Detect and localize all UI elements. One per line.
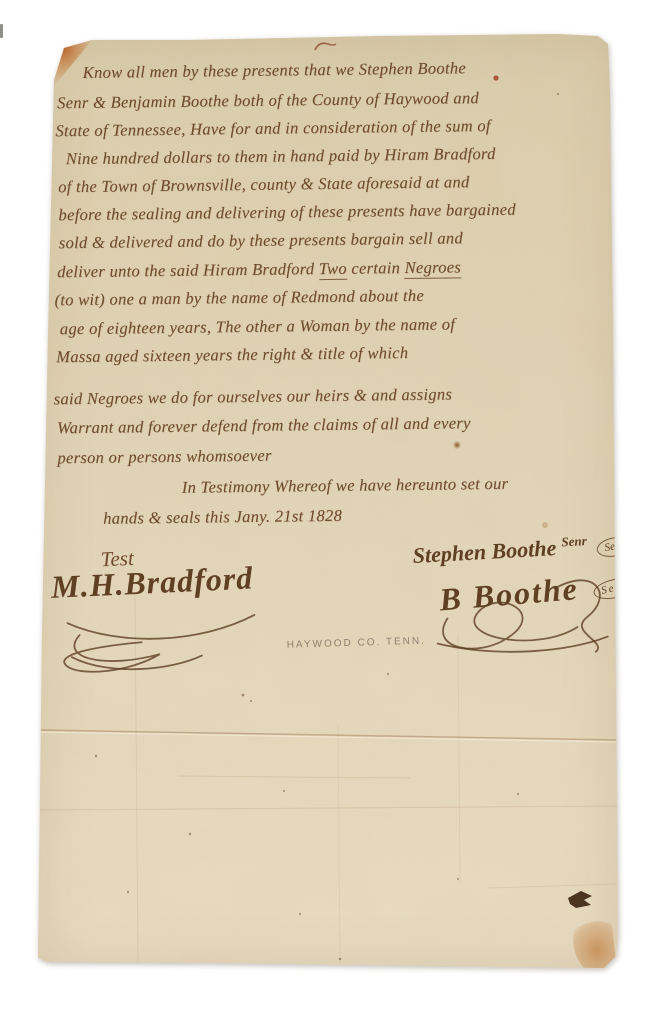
handwritten-line: said Negroes we do for ourselves our hei… [54, 384, 453, 409]
handwritten-line: (to wit) one a man by the name of Redmon… [54, 286, 424, 310]
handwritten-line: sold & delivered and do by these present… [59, 228, 463, 253]
underlined-word: Negroes [404, 257, 461, 279]
handwritten-line: Senr & Benjamin Boothe both of the Count… [57, 88, 479, 113]
handwritten-line: Massa aged sixteen years the right & tit… [56, 343, 408, 367]
handwritten-line: age of eighteen years, The other a Woman… [60, 314, 456, 339]
seal-scribble: Seal [595, 534, 633, 559]
margin-arrow-icon: → [37, 97, 48, 112]
photo-stage: → → → Know all men by these presents tha… [0, 0, 649, 1024]
handwritten-line: deliver unto the said Hiram Bradford Two… [57, 257, 461, 282]
margin-arrow-icon: → [37, 125, 48, 140]
pencil-archival-note: HAYWOOD CO. TENN. [287, 636, 426, 651]
margin-arrow-icon: → [37, 266, 48, 281]
handwritten-line: In Testimony Whereof we have hereunto se… [182, 474, 509, 498]
handwritten-line: State of Tennessee, Have for and in cons… [55, 116, 491, 141]
document-paper: → → → Know all men by these presents tha… [38, 34, 618, 970]
handwritten-line: before the sealing and delivering of the… [58, 200, 516, 225]
handwriting-layer: → → → Know all men by these presents tha… [32, 30, 623, 973]
signer-suffix: Senr [561, 533, 587, 549]
witness-signature: M.H.Bradford [50, 561, 254, 602]
handwritten-line: of the Town of Brownsville, county & Sta… [58, 172, 470, 197]
photo-edge-artifact [0, 24, 3, 38]
handwritten-line: Warrant and forever defend from the clai… [57, 413, 471, 438]
seal-scribble: Seal [591, 575, 637, 603]
handwritten-line: Nine hundred dollars to them in hand pai… [66, 144, 496, 169]
handwritten-line: person or persons whomsoever [57, 446, 271, 468]
handwritten-line: Know all men by these presents that we S… [83, 58, 466, 82]
signature-flourish [49, 607, 280, 682]
document-paper-wrap: → → → Know all men by these presents tha… [38, 34, 618, 970]
line-text: deliver unto the said Hiram Bradford [57, 259, 319, 281]
handwritten-line: hands & seals this Jany. 21st 1828 [103, 506, 342, 529]
underlined-word: Two [319, 259, 347, 280]
line-text: certain [347, 258, 405, 278]
